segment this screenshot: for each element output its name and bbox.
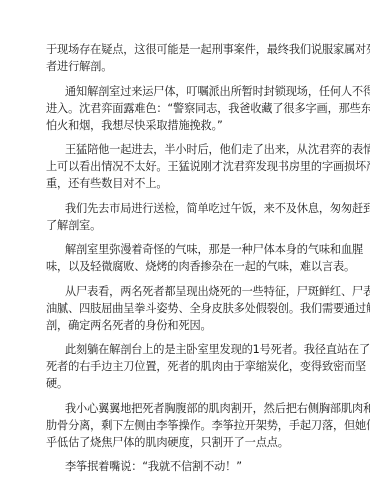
text-line: 重，还有些数目对不上。 xyxy=(46,175,326,192)
text-line: 我们先去市局进行送检，简单吃过午饭，来不及休息，匆匆赶到 xyxy=(46,200,326,217)
text-line: 此刻躺在解剖台上的是主卧室里发现的1号死者。我径直站在了 xyxy=(46,341,326,358)
paragraph-5: 解剖室里弥漫着奇怪的气味，那是一种尸体本身的气味和血腥 味，以及轻微腐败、烧烤的… xyxy=(46,241,326,275)
text-line: 李筝抿着嘴说：“我就不信割不动！” xyxy=(46,458,326,475)
paragraph-2: 通知解剖室过来运尸体，叮嘱派出所暂时封锁现场，任何人不得 进入。沈君弈面露难色：… xyxy=(46,83,326,134)
text-line: 肋骨分离，剩下左侧由李筝操作。李筝拉开架势，手起刀落，但她似 xyxy=(46,417,326,434)
paragraph-6: 从尸表看，两名死者都呈现出烧死的一些特征，尸斑鲜红、尸表 油腻、四肢屈曲呈拳斗姿… xyxy=(46,283,326,334)
text-line: 王猛陪他一起进去，半小时后，他们走了出来，从沈君弈的表情 xyxy=(46,141,326,158)
paragraph-1: 于现场存在疑点，这很可能是一起刑事案件，最终我们说服家属对死 者进行解剖。 xyxy=(46,41,326,75)
paragraph-3: 王猛陪他一起进去，半小时后，他们走了出来，从沈君弈的表情 上可以看出情况不太好。… xyxy=(46,141,326,192)
paragraph-7: 此刻躺在解剖台上的是主卧室里发现的1号死者。我径直站在了 死者的右手边主刀位置，… xyxy=(46,341,326,392)
text-line: 进入。沈君弈面露难色：“警察同志，我爸收藏了很多字画，那些东西 xyxy=(46,100,326,117)
text-line: 解剖室里弥漫着奇怪的气味，那是一种尸体本身的气味和血腥 xyxy=(46,241,326,258)
text-line: 剖，确定两名死者的身份和死因。 xyxy=(46,317,326,334)
paragraph-4: 我们先去市局进行送检，简单吃过午饭，来不及休息，匆匆赶到 了解剖室。 xyxy=(46,200,326,234)
text-line: 乎低估了烧焦尸体的肌肉硬度，只割开了一点点。 xyxy=(46,434,326,451)
text-line: 硬。 xyxy=(46,375,326,392)
text-line: 于现场存在疑点，这很可能是一起刑事案件，最终我们说服家属对死 xyxy=(46,41,326,58)
text-line: 者进行解剖。 xyxy=(46,58,326,75)
text-line: 从尸表看，两名死者都呈现出烧死的一些特征，尸斑鲜红、尸表 xyxy=(46,283,326,300)
paragraph-8: 我小心翼翼地把死者胸腹部的肌肉割开，然后把右侧胸部肌肉和 肋骨分离，剩下左侧由李… xyxy=(46,400,326,451)
paragraph-9: 李筝抿着嘴说：“我就不信割不动！” xyxy=(46,458,326,475)
document-page: 于现场存在疑点，这很可能是一起刑事案件，最终我们说服家属对死 者进行解剖。 通知… xyxy=(46,41,326,480)
text-line: 味，以及轻微腐败、烧烤的肉香掺杂在一起的气味，难以言表。 xyxy=(46,258,326,275)
text-line: 死者的右手边主刀位置，死者的肌肉由于挛缩炭化，变得致密而坚 xyxy=(46,358,326,375)
text-line: 了解剖室。 xyxy=(46,217,326,234)
text-line: 我小心翼翼地把死者胸腹部的肌肉割开，然后把右侧胸部肌肉和 xyxy=(46,400,326,417)
text-line: 上可以看出情况不太好。王猛说刚才沈君弈发现书房里的字画损坏严 xyxy=(46,158,326,175)
text-line: 怕火和烟，我想尽快采取措施挽救。” xyxy=(46,117,326,134)
text-line: 通知解剖室过来运尸体，叮嘱派出所暂时封锁现场，任何人不得 xyxy=(46,83,326,100)
text-line: 油腻、四肢屈曲呈拳斗姿势、全身皮肤多处假裂创。我们需要通过解 xyxy=(46,300,326,317)
